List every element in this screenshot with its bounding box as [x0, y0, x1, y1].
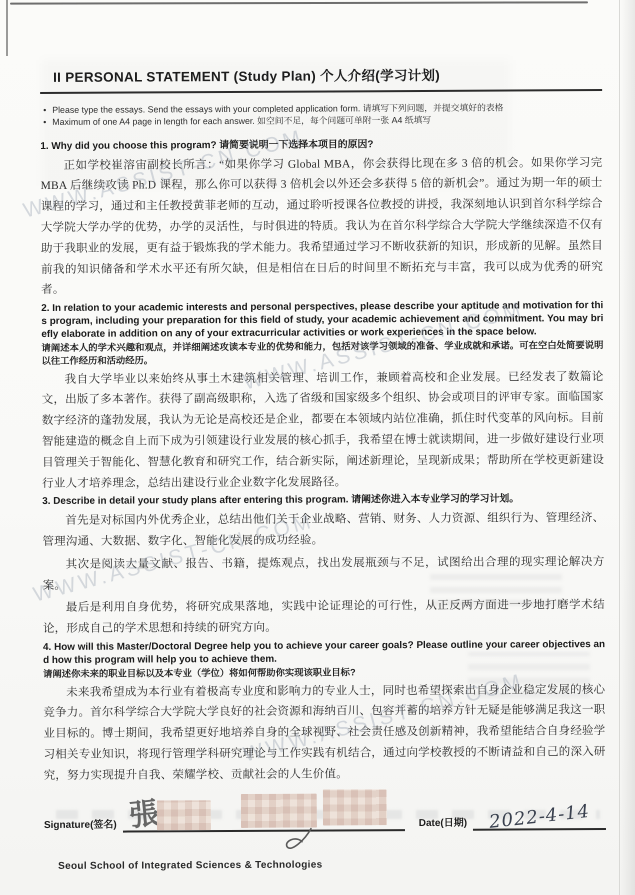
- answer-3-paragraph: 最后是利用自身优势，将研究成果落地，实践中论证理论的可行性，从正反两方面进一步地…: [43, 595, 605, 640]
- instructions-list: Please type the essays. Send the essays …: [42, 101, 602, 129]
- question-4: 4. How will this Master/Doctoral Degree …: [43, 639, 605, 668]
- question-1: 1. Why did you choose this program? 请简要说…: [40, 138, 602, 154]
- privacy-mosaic: [241, 793, 317, 827]
- scan-edge-left: [6, 0, 8, 56]
- question-2: 2. In relation to your academic interest…: [41, 300, 603, 341]
- scanned-document-page: II PERSONAL STATEMENT (Study Plan) 个人介绍(…: [40, 67, 606, 871]
- school-name-footer: Seoul School of Integrated Sciences & Te…: [44, 858, 606, 872]
- date-line: 2022-4-14: [473, 800, 606, 831]
- scan-edge-shadow-right: [620, 0, 635, 895]
- answer-1-paragraph: 正如学校崔溶宙副校长所言：“如果你学习 Global MBA，你会获得比现在多 …: [40, 153, 603, 302]
- handwritten-date: 2022-4-14: [488, 800, 591, 832]
- document-title: II PERSONAL STATEMENT (Study Plan) 个人介绍(…: [40, 67, 602, 94]
- answer-2-paragraph: 我自大学毕业以来始终从事土木建筑相关管理、培训工作，兼顾着高校和企业发展。已经发…: [42, 367, 605, 495]
- signature-label: Signature(签名): [44, 815, 117, 832]
- answer-3-paragraph: 首先是对标国内外优秀企业，总结出他们关于企业战略、营销、财务、人力资源、组织行为…: [42, 508, 604, 553]
- question-3: 3. Describe in detail your study plans a…: [42, 493, 604, 509]
- privacy-mosaic: [323, 789, 387, 825]
- instruction-item: Maximum of one A4 page in length for eac…: [42, 113, 602, 128]
- signature-line: 張: [123, 801, 405, 832]
- handwritten-signature: 張: [126, 787, 161, 834]
- answer-4-paragraph: 未来我希望成为本行业有着极高专业度和影响力的专业人士，同时也希望探索出自身企业稳…: [43, 680, 606, 787]
- date-label: Date(日期): [419, 813, 467, 830]
- scan-edge-top: [10, 1, 588, 4]
- question-2-chinese: 请阐述本人的学术兴趣和观点，并详细阐述攻读本专业的优势和能力，包括对该学习领域的…: [41, 339, 603, 368]
- answer-3-paragraph: 其次是阅读大量文献、报告、书籍，提炼观点，找出发展瓶颈与不足，试图给出合理的现实…: [43, 552, 605, 597]
- question-4-chinese: 请阐述你未来的职业目标以及本专业（学位）将如何帮助你实现该职业目标?: [43, 665, 605, 681]
- signature-row: Signature(签名) 張 Date(日期) 2022-4-14: [44, 800, 606, 833]
- signature-pen-stroke: [281, 827, 321, 855]
- privacy-mosaic: [157, 800, 211, 830]
